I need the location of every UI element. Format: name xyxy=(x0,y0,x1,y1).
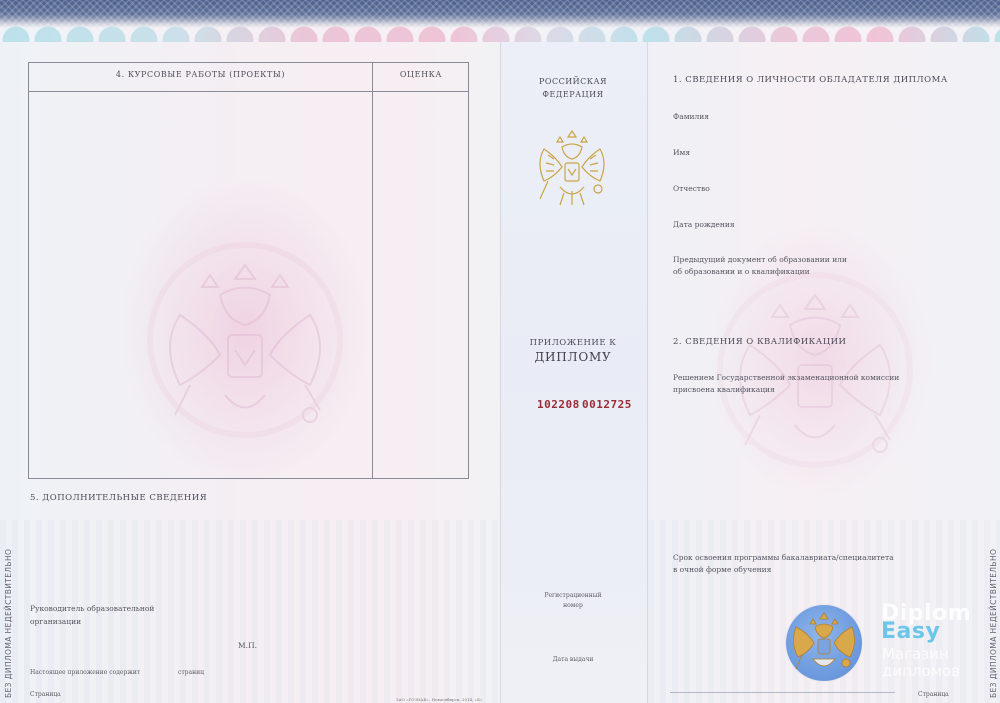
qualification-label-2: присвоена квалификация xyxy=(673,383,775,396)
study-term-label-2: в очной форме обучения xyxy=(673,563,771,576)
previous-document-label-2: об образовании и о квалификации xyxy=(673,265,810,278)
top-guilloche-border xyxy=(0,0,1000,42)
appendix-title-line-1: ПРИЛОЖЕНИЕ К xyxy=(500,338,646,348)
grade-cell[interactable] xyxy=(373,92,468,478)
patronymic-label: Отчество xyxy=(673,182,710,195)
qualification-title: 2. СВЕДЕНИЯ О КВАЛИФИКАЦИИ xyxy=(673,337,846,347)
issue-date-label: Дата выдачи xyxy=(500,656,646,663)
watermark-eagle-right-icon xyxy=(710,255,920,485)
surname-label: Фамилия xyxy=(673,110,709,123)
diploma-appendix-sheet: 4. КУРСОВЫЕ РАБОТЫ (ПРОЕКТЫ) ОЦЕНКА 5. Д… xyxy=(0,0,1000,703)
grade-header: ОЦЕНКА xyxy=(373,70,469,79)
page-label-right: Страница xyxy=(918,691,949,698)
logo-emblem xyxy=(786,605,862,681)
printer-imprint: ЗАО «ГОЗНАК», Новосибирск, 2014, «Б» xyxy=(396,697,482,702)
pages-word-label: страниц xyxy=(178,669,204,676)
additional-info-title: 5. ДОПОЛНИТЕЛЬНЫЕ СВЕДЕНИЯ xyxy=(30,493,207,503)
country-line-1: РОССИЙСКАЯ xyxy=(500,75,646,88)
reg-number-label-2: номер xyxy=(500,602,646,609)
coursework-table: 4. КУРСОВЫЕ РАБОТЫ (ПРОЕКТЫ) ОЦЕНКА xyxy=(28,62,469,479)
gold-eagle-icon xyxy=(786,605,862,681)
page-label-left: Страница xyxy=(30,691,61,698)
logo-store-text-1: Магазин xyxy=(882,645,949,663)
name-label: Имя xyxy=(673,146,690,159)
border-waves xyxy=(0,18,1000,42)
coursework-header: 4. КУРСОВЫЕ РАБОТЫ (ПРОЕКТЫ) xyxy=(29,70,372,79)
contains-pages-label: Настоящее приложение содержит xyxy=(30,669,140,676)
signature-line xyxy=(670,692,895,693)
head-of-org-label-2: организации xyxy=(30,615,81,628)
coat-of-arms-icon xyxy=(534,127,610,211)
reg-number-label-1: Регистрационный xyxy=(500,592,646,599)
logo-store-text-2: дипломов xyxy=(882,662,960,680)
serial-number: 0012725 xyxy=(582,398,632,411)
logo-easy-text: Easy xyxy=(881,619,940,644)
coursework-cell[interactable] xyxy=(29,92,372,478)
seal-place-label: М.П. xyxy=(238,639,257,652)
appendix-title-line-2: ДИПЛОМУ xyxy=(500,350,646,364)
holder-info-title: 1. СВЕДЕНИЯ О ЛИЧНОСТИ ОБЛАДАТЕЛЯ ДИПЛОМ… xyxy=(673,75,948,85)
side-note-left: БЕЗ ДИПЛОМА НЕДЕЙСТВИТЕЛЬНО xyxy=(4,549,13,698)
head-of-org-label-1: Руководитель образовательной xyxy=(30,602,154,615)
serial-series: 102208 xyxy=(537,398,580,411)
side-note-right: БЕЗ ДИПЛОМА НЕДЕЙСТВИТЕЛЬНО xyxy=(989,549,998,698)
country-line-2: ФЕДЕРАЦИЯ xyxy=(500,88,646,101)
birthdate-label: Дата рождения xyxy=(673,218,735,231)
